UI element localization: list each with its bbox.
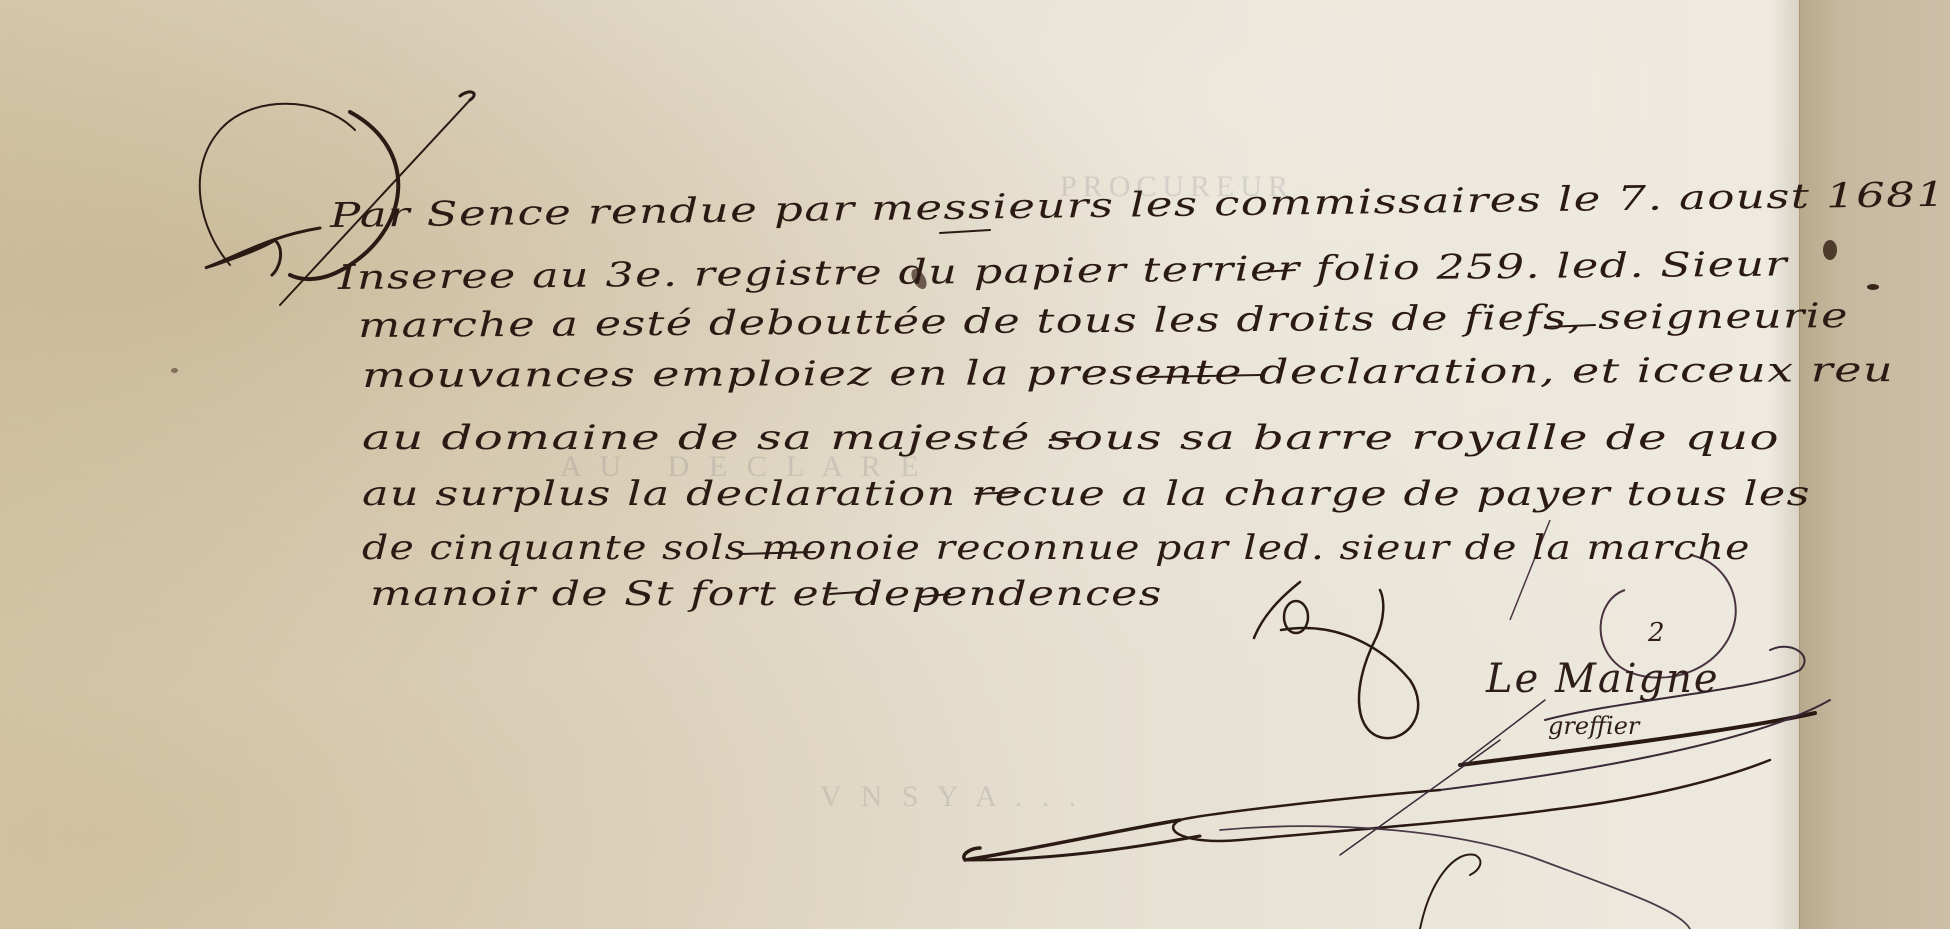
manuscript-line-6: au surplus la declaration recue a la cha… (362, 474, 1811, 514)
manuscript-line-7: de cinquante sols monoie reconnue par le… (362, 528, 1751, 568)
paraph-mark (1254, 582, 1418, 738)
manuscript-line-5: au domaine de sa majesté sous sa barre r… (362, 418, 1780, 458)
signature-name: Le Maigne (1486, 656, 1720, 702)
page-number-mark: 2 (1648, 618, 1665, 648)
document-photo: PROCUREUR A U D E C L A R E V N S Y A . … (0, 0, 1950, 929)
signature-title: greffier (1548, 712, 1639, 740)
manuscript-line-4: mouvances emploiez en la presente declar… (362, 350, 1894, 396)
calligraphy-flourishes (0, 0, 1950, 929)
manuscript-line-8: manoir de St fort et dependences (370, 574, 1163, 614)
